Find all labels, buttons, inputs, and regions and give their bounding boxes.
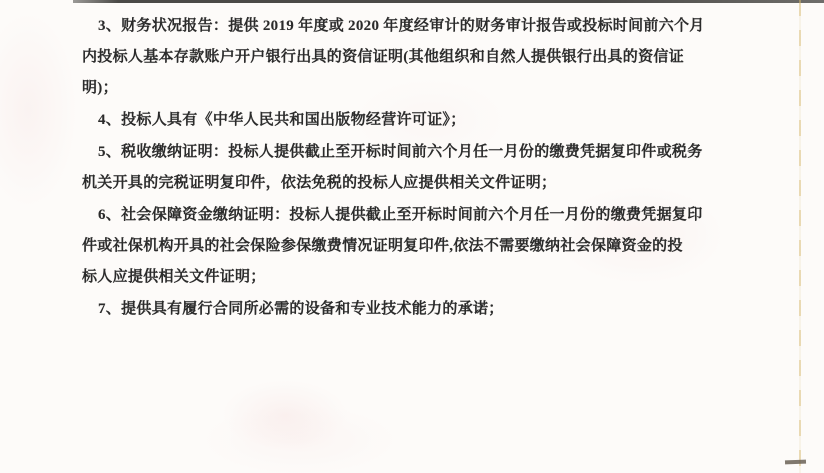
document-item-6: 6、社会保障资金缴纳证明：投标人提供截止至开标时间前六个月任一月份的缴费凭据复印… [82,200,804,293]
document-item-5: 5、税收缴纳证明：投标人提供截止至开标时间前六个月任一月份的缴费凭据复印件或税务… [82,137,804,199]
scan-edge-line [73,0,824,3]
item-continuation-line: 件或社保机构开具的社会保险参保缴费情况证明复印件,依法不需要缴纳社会保障资金的投 [82,231,804,262]
scan-corner-mark [785,460,806,465]
document-item-4: 4、投标人具有《中华人民共和国出版物经营许可证》； [82,105,804,136]
item-first-line: 6、社会保障资金缴纳证明：投标人提供截止至开标时间前六个月任一月份的缴费凭据复印 [82,200,804,231]
document-item-3: 3、财务状况报告：提供 2019 年度或 2020 年度经审计的财务审计报告或投… [82,11,804,104]
item-continuation-line: 明)； [82,73,804,104]
item-continuation-line: 标人应提供相关文件证明； [82,262,804,293]
item-continuation-line: 机关开具的完税证明复印件，依法免税的投标人应提供相关文件证明； [82,168,804,199]
item-first-line: 5、税收缴纳证明：投标人提供截止至开标时间前六个月任一月份的缴费凭据复印件或税务 [82,137,804,168]
item-continuation-line: 内投标人基本存款账户开户银行出具的资信证明(其他组织和自然人提供银行出具的资信证 [82,42,804,73]
item-first-line: 7、提供具有履行合同所必需的设备和专业技术能力的承诺； [82,294,804,325]
item-first-line: 4、投标人具有《中华人民共和国出版物经营许可证》； [82,105,804,136]
item-first-line: 3、财务状况报告：提供 2019 年度或 2020 年度经审计的财务审计报告或投… [82,11,804,42]
scanned-document-page: 3、财务状况报告：提供 2019 年度或 2020 年度经审计的财务审计报告或投… [0,0,824,473]
document-body: 3、财务状况报告：提供 2019 年度或 2020 年度经审计的财务审计报告或投… [82,11,804,325]
document-item-7: 7、提供具有履行合同所必需的设备和专业技术能力的承诺； [82,294,804,325]
